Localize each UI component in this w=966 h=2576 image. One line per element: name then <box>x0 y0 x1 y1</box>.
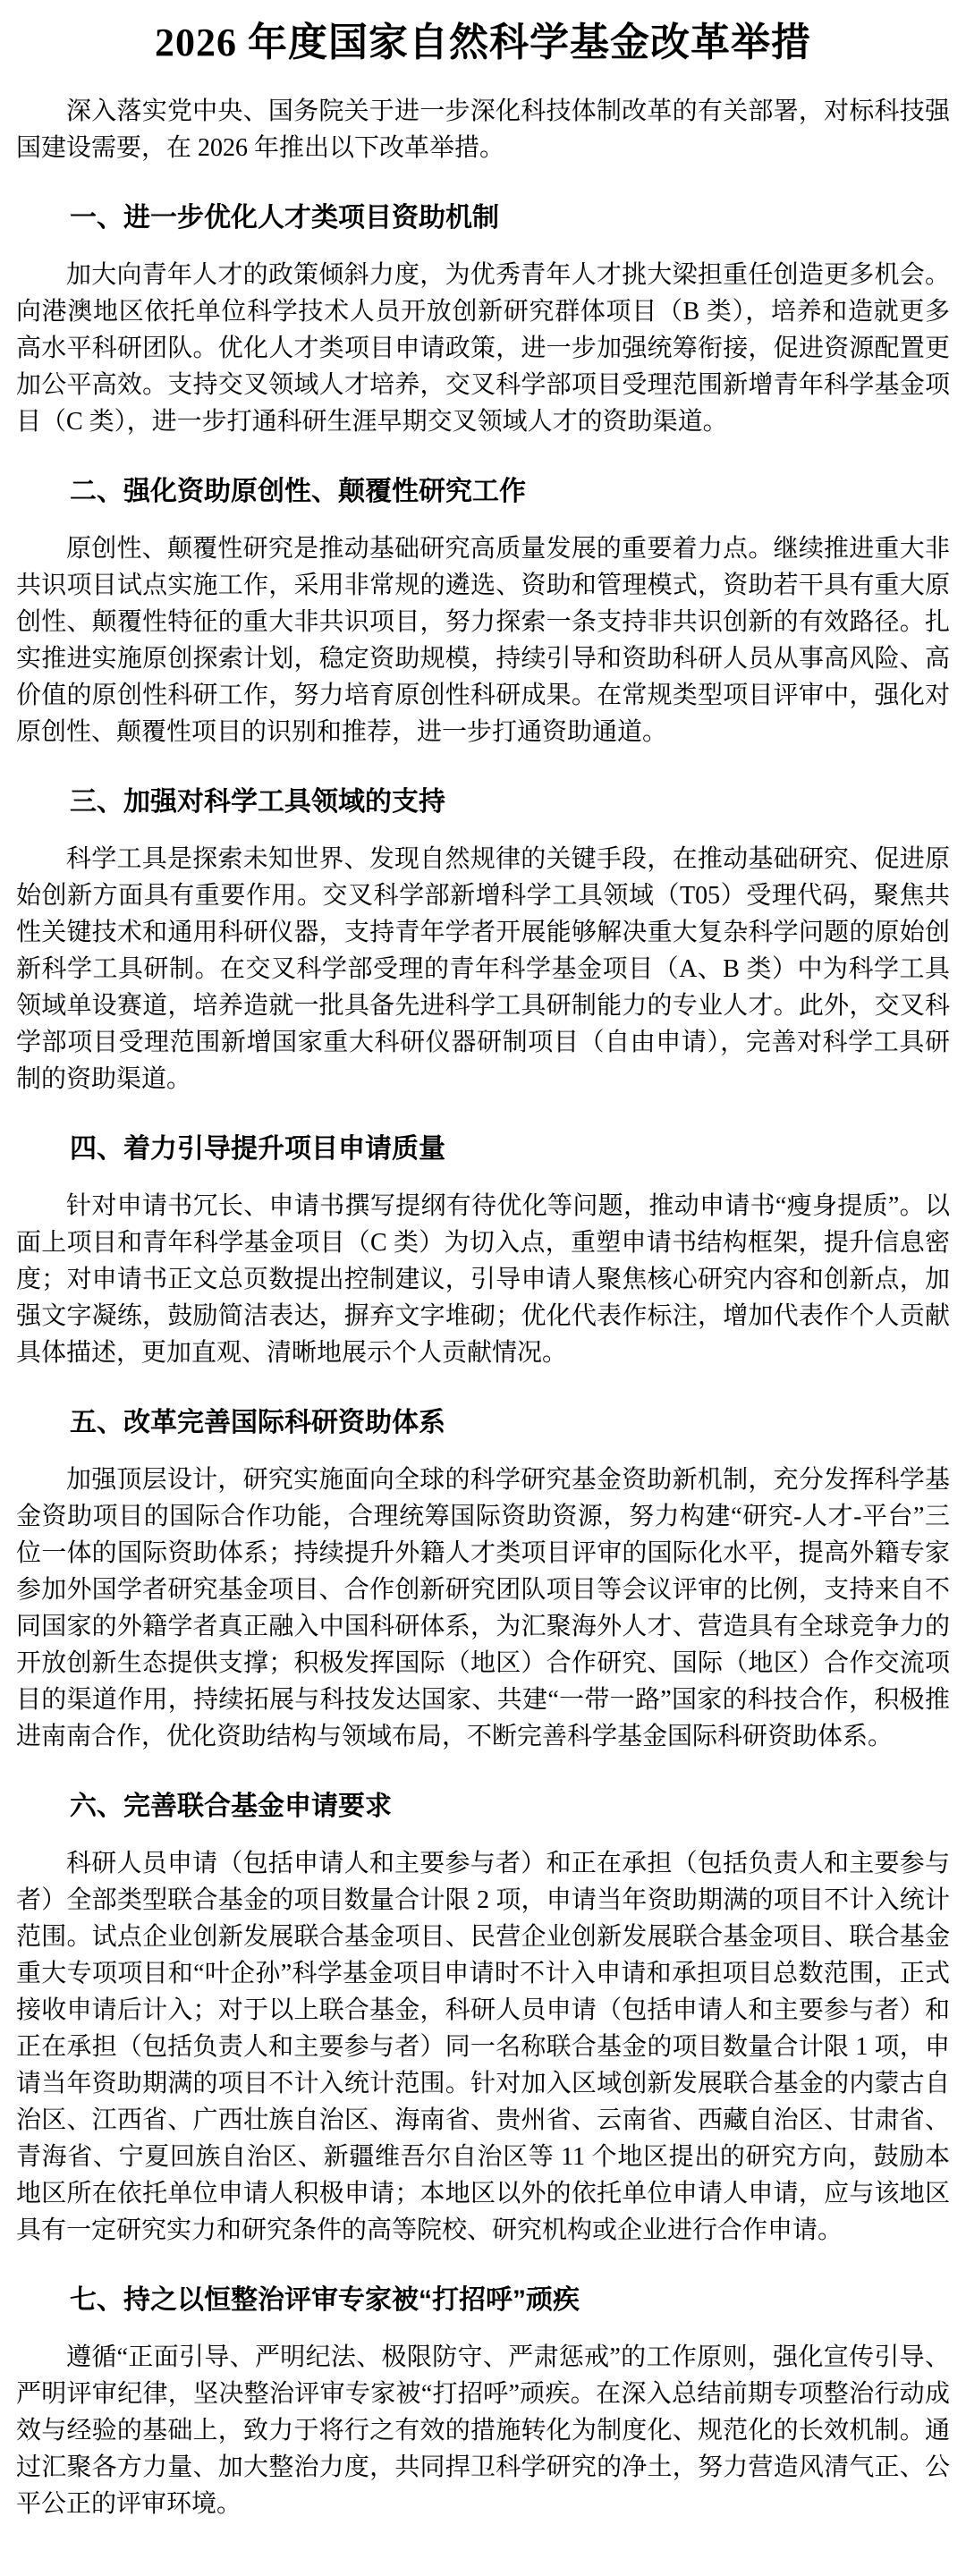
section-3-heading: 三、加强对科学工具领域的支持 <box>16 784 950 820</box>
section-1-body: 加大向青年人才的政策倾斜力度，为优秀青年人才挑大梁担重任创造更多机会。向港澳地区… <box>16 257 950 440</box>
section-4-body: 针对申请书冗长、申请书撰写提纲有待优化等问题，推动申请书“瘦身提质”。以面上项目… <box>16 1188 950 1371</box>
section-2-body: 原创性、颠覆性研究是推动基础研究高质量发展的重要着力点。继续推进重大非共识项目试… <box>16 530 950 750</box>
section-3-body: 科学工具是探索未知世界、发现自然规律的关键手段，在推动基础研究、促进原始创新方面… <box>16 841 950 1097</box>
section-1-heading: 一、进一步优化人才类项目资助机制 <box>16 199 950 236</box>
section-4-heading: 四、着力引导提升项目申请质量 <box>16 1131 950 1167</box>
section-7: 七、持之以恒整治评审专家被“打招呼”顽疾 遵循“正面引导、严明纪法、极限防守、严… <box>16 2282 950 2522</box>
section-5: 五、改革完善国际科研资助体系 加强顶层设计，研究实施面向全球的科学研究基金资助新… <box>16 1404 950 1755</box>
section-7-heading: 七、持之以恒整治评审专家被“打招呼”顽疾 <box>16 2282 950 2318</box>
section-5-heading: 五、改革完善国际科研资助体系 <box>16 1404 950 1441</box>
section-2-heading: 二、强化资助原创性、颠覆性研究工作 <box>16 473 950 510</box>
section-4: 四、着力引导提升项目申请质量 针对申请书冗长、申请书撰写提纲有待优化等问题，推动… <box>16 1131 950 1371</box>
section-1: 一、进一步优化人才类项目资助机制 加大向青年人才的政策倾斜力度，为优秀青年人才挑… <box>16 199 950 440</box>
section-6-heading: 六、完善联合基金申请要求 <box>16 1788 950 1825</box>
document-title: 2026 年度国家自然科学基金改革举措 <box>16 18 950 68</box>
section-2: 二、强化资助原创性、颠覆性研究工作 原创性、颠覆性研究是推动基础研究高质量发展的… <box>16 473 950 750</box>
intro-paragraph: 深入落实党中央、国务院关于进一步深化科技体制改革的有关部署，对标科技强国建设需要… <box>16 93 950 166</box>
section-5-body: 加强顶层设计，研究实施面向全球的科学研究基金资助新机制，充分发挥科学基金资助项目… <box>16 1462 950 1755</box>
section-6: 六、完善联合基金申请要求 科研人员申请（包括申请人和主要参与者）和正在承担（包括… <box>16 1788 950 2249</box>
section-3: 三、加强对科学工具领域的支持 科学工具是探索未知世界、发现自然规律的关键手段，在… <box>16 784 950 1097</box>
section-7-body: 遵循“正面引导、严明纪法、极限防守、严肃惩戒”的工作原则，强化宣传引导、严明评审… <box>16 2339 950 2522</box>
document-page: 2026 年度国家自然科学基金改革举措 深入落实党中央、国务院关于进一步深化科技… <box>0 0 966 2576</box>
section-6-body: 科研人员申请（包括申请人和主要参与者）和正在承担（包括负责人和主要参与者）全部类… <box>16 1845 950 2249</box>
